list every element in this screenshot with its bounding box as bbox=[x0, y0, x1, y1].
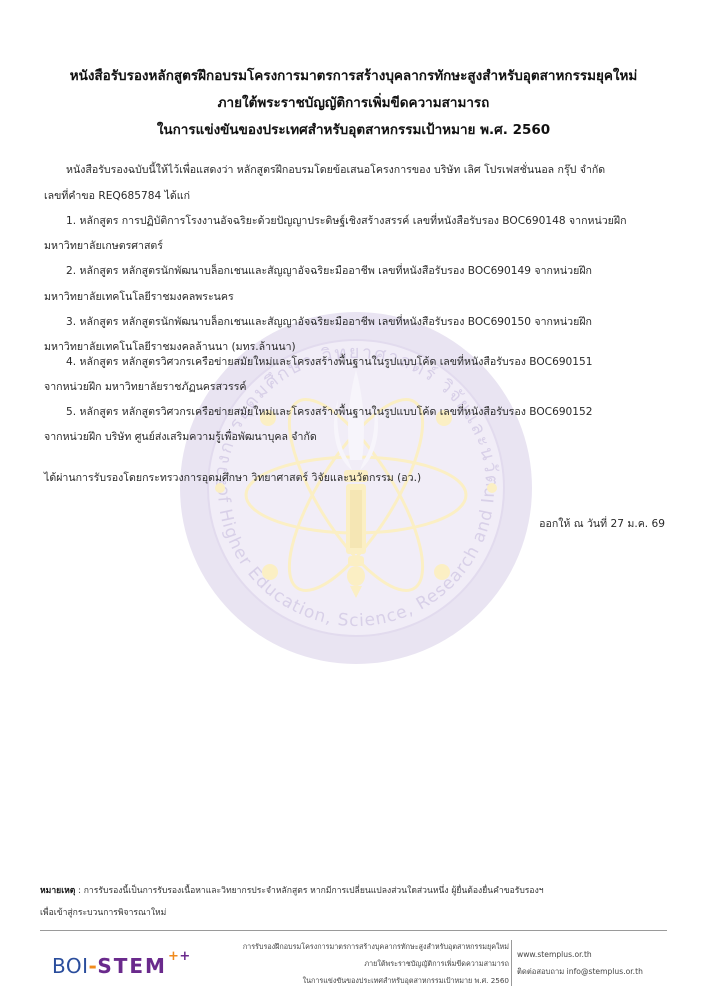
course-3-line-1: 3. หลักสูตร หลักสูตรนักพัฒนาบล็อกเชนและส… bbox=[66, 314, 592, 330]
intro-line-2: เลขที่คำขอ REQ685784 ได้แก่ bbox=[44, 188, 190, 204]
logo-dash: - bbox=[89, 954, 98, 978]
note-line-2: เพื่อเข้าสู่กระบวนการพิจารณาใหม่ bbox=[40, 906, 166, 920]
note-label: หมายเหตุ bbox=[40, 886, 75, 896]
footer-divider-line bbox=[40, 930, 667, 931]
course-3-line-2: มหาวิทยาลัยเทคโนโลยีราชมงคลล้านนา (มทร.ล… bbox=[44, 339, 296, 355]
website-link[interactable]: www.stemplus.or.th bbox=[517, 946, 643, 963]
course-2-line-2: มหาวิทยาลัยเทคโนโลยีราชมงคลพระนคร bbox=[44, 289, 234, 305]
course-5-line-2: จากหน่วยฝึก บริษัท ศูนย์ส่งเสริมความรู้เ… bbox=[44, 429, 317, 445]
footer-title-line-1: การรับรองฝึกอบรมโครงการมาตรการสร้างบุคลา… bbox=[243, 938, 509, 955]
logo-boi-text: BOI bbox=[52, 954, 89, 978]
course-4-line-2: จากหน่วยฝึก มหาวิทยาลัยราชภัฏนครสวรรค์ bbox=[44, 379, 246, 395]
document-title-line-2: ภายใต้พระราชบัญญัติการเพิ่มขีดความสามารถ bbox=[40, 93, 667, 113]
footer-title-line-3: ในการแข่งขันของประเทศสำหรับอุตสาหกรรมเป้… bbox=[243, 972, 509, 989]
course-1-line-2: มหาวิทยาลัยเกษตรศาสตร์ bbox=[44, 238, 163, 254]
intro-line-1: หนังสือรับรองฉบับนี้ให้ไว้เพื่อแสดงว่า ห… bbox=[66, 162, 605, 178]
document-title-line-1: หนังสือรับรองหลักสูตรฝึกอบรมโครงการมาตรก… bbox=[40, 66, 667, 86]
course-5-line-1: 5. หลักสูตร หลักสูตรวิศวกรเครือข่ายสมัยใ… bbox=[66, 404, 593, 420]
footer-program-title: การรับรองฝึกอบรมโครงการมาตรการสร้างบุคลา… bbox=[243, 938, 509, 989]
course-4-line-1: 4. หลักสูตร หลักสูตรวิศวกรเครือข่ายสมัยใ… bbox=[66, 354, 593, 370]
course-1-line-1: 1. หลักสูตร การปฏิบัติการโรงงานอัจฉริยะด… bbox=[66, 213, 627, 229]
logo-stem-text: STEM bbox=[97, 954, 167, 978]
note-text-1: : การรับรองนี้เป็นการรับรองเนื้อหาและวิท… bbox=[75, 886, 543, 896]
approval-statement: ได้ผ่านการรับรองโดยกระทรวงการอุดมศึกษา ว… bbox=[44, 470, 421, 486]
document-title-line-3: ในการแข่งขันของประเทศสำหรับอุตสาหกรรมเป้… bbox=[40, 120, 667, 140]
footer-vertical-divider bbox=[511, 940, 512, 986]
footer-title-line-2: ภายใต้พระราชบัญญัติการเพิ่มขีดความสามารถ bbox=[243, 955, 509, 972]
course-2-line-1: 2. หลักสูตร หลักสูตรนักพัฒนาบล็อกเชนและส… bbox=[66, 263, 592, 279]
boi-stem-logo: BOI-STEM++ bbox=[52, 948, 191, 978]
footer-contact: www.stemplus.or.th ติดต่อสอบถาม info@ste… bbox=[517, 946, 643, 980]
certificate-page: กระทรวงการอุดมศึกษา วิทยาศาสตร์ วิจัยและ… bbox=[0, 0, 707, 1000]
contact-email[interactable]: ติดต่อสอบถาม info@stemplus.or.th bbox=[517, 963, 643, 980]
svg-text:กระทรวงการอุดมศึกษา วิทยาศาสตร: กระทรวงการอุดมศึกษา วิทยาศาสตร์ วิจัยและ… bbox=[178, 310, 502, 489]
note-line-1: หมายเหตุ : การรับรองนี้เป็นการรับรองเนื้… bbox=[40, 884, 544, 898]
logo-plus-icon: ++ bbox=[168, 949, 191, 964]
issued-date: ออกให้ ณ วันที่ 27 ม.ค. 69 bbox=[539, 515, 665, 532]
